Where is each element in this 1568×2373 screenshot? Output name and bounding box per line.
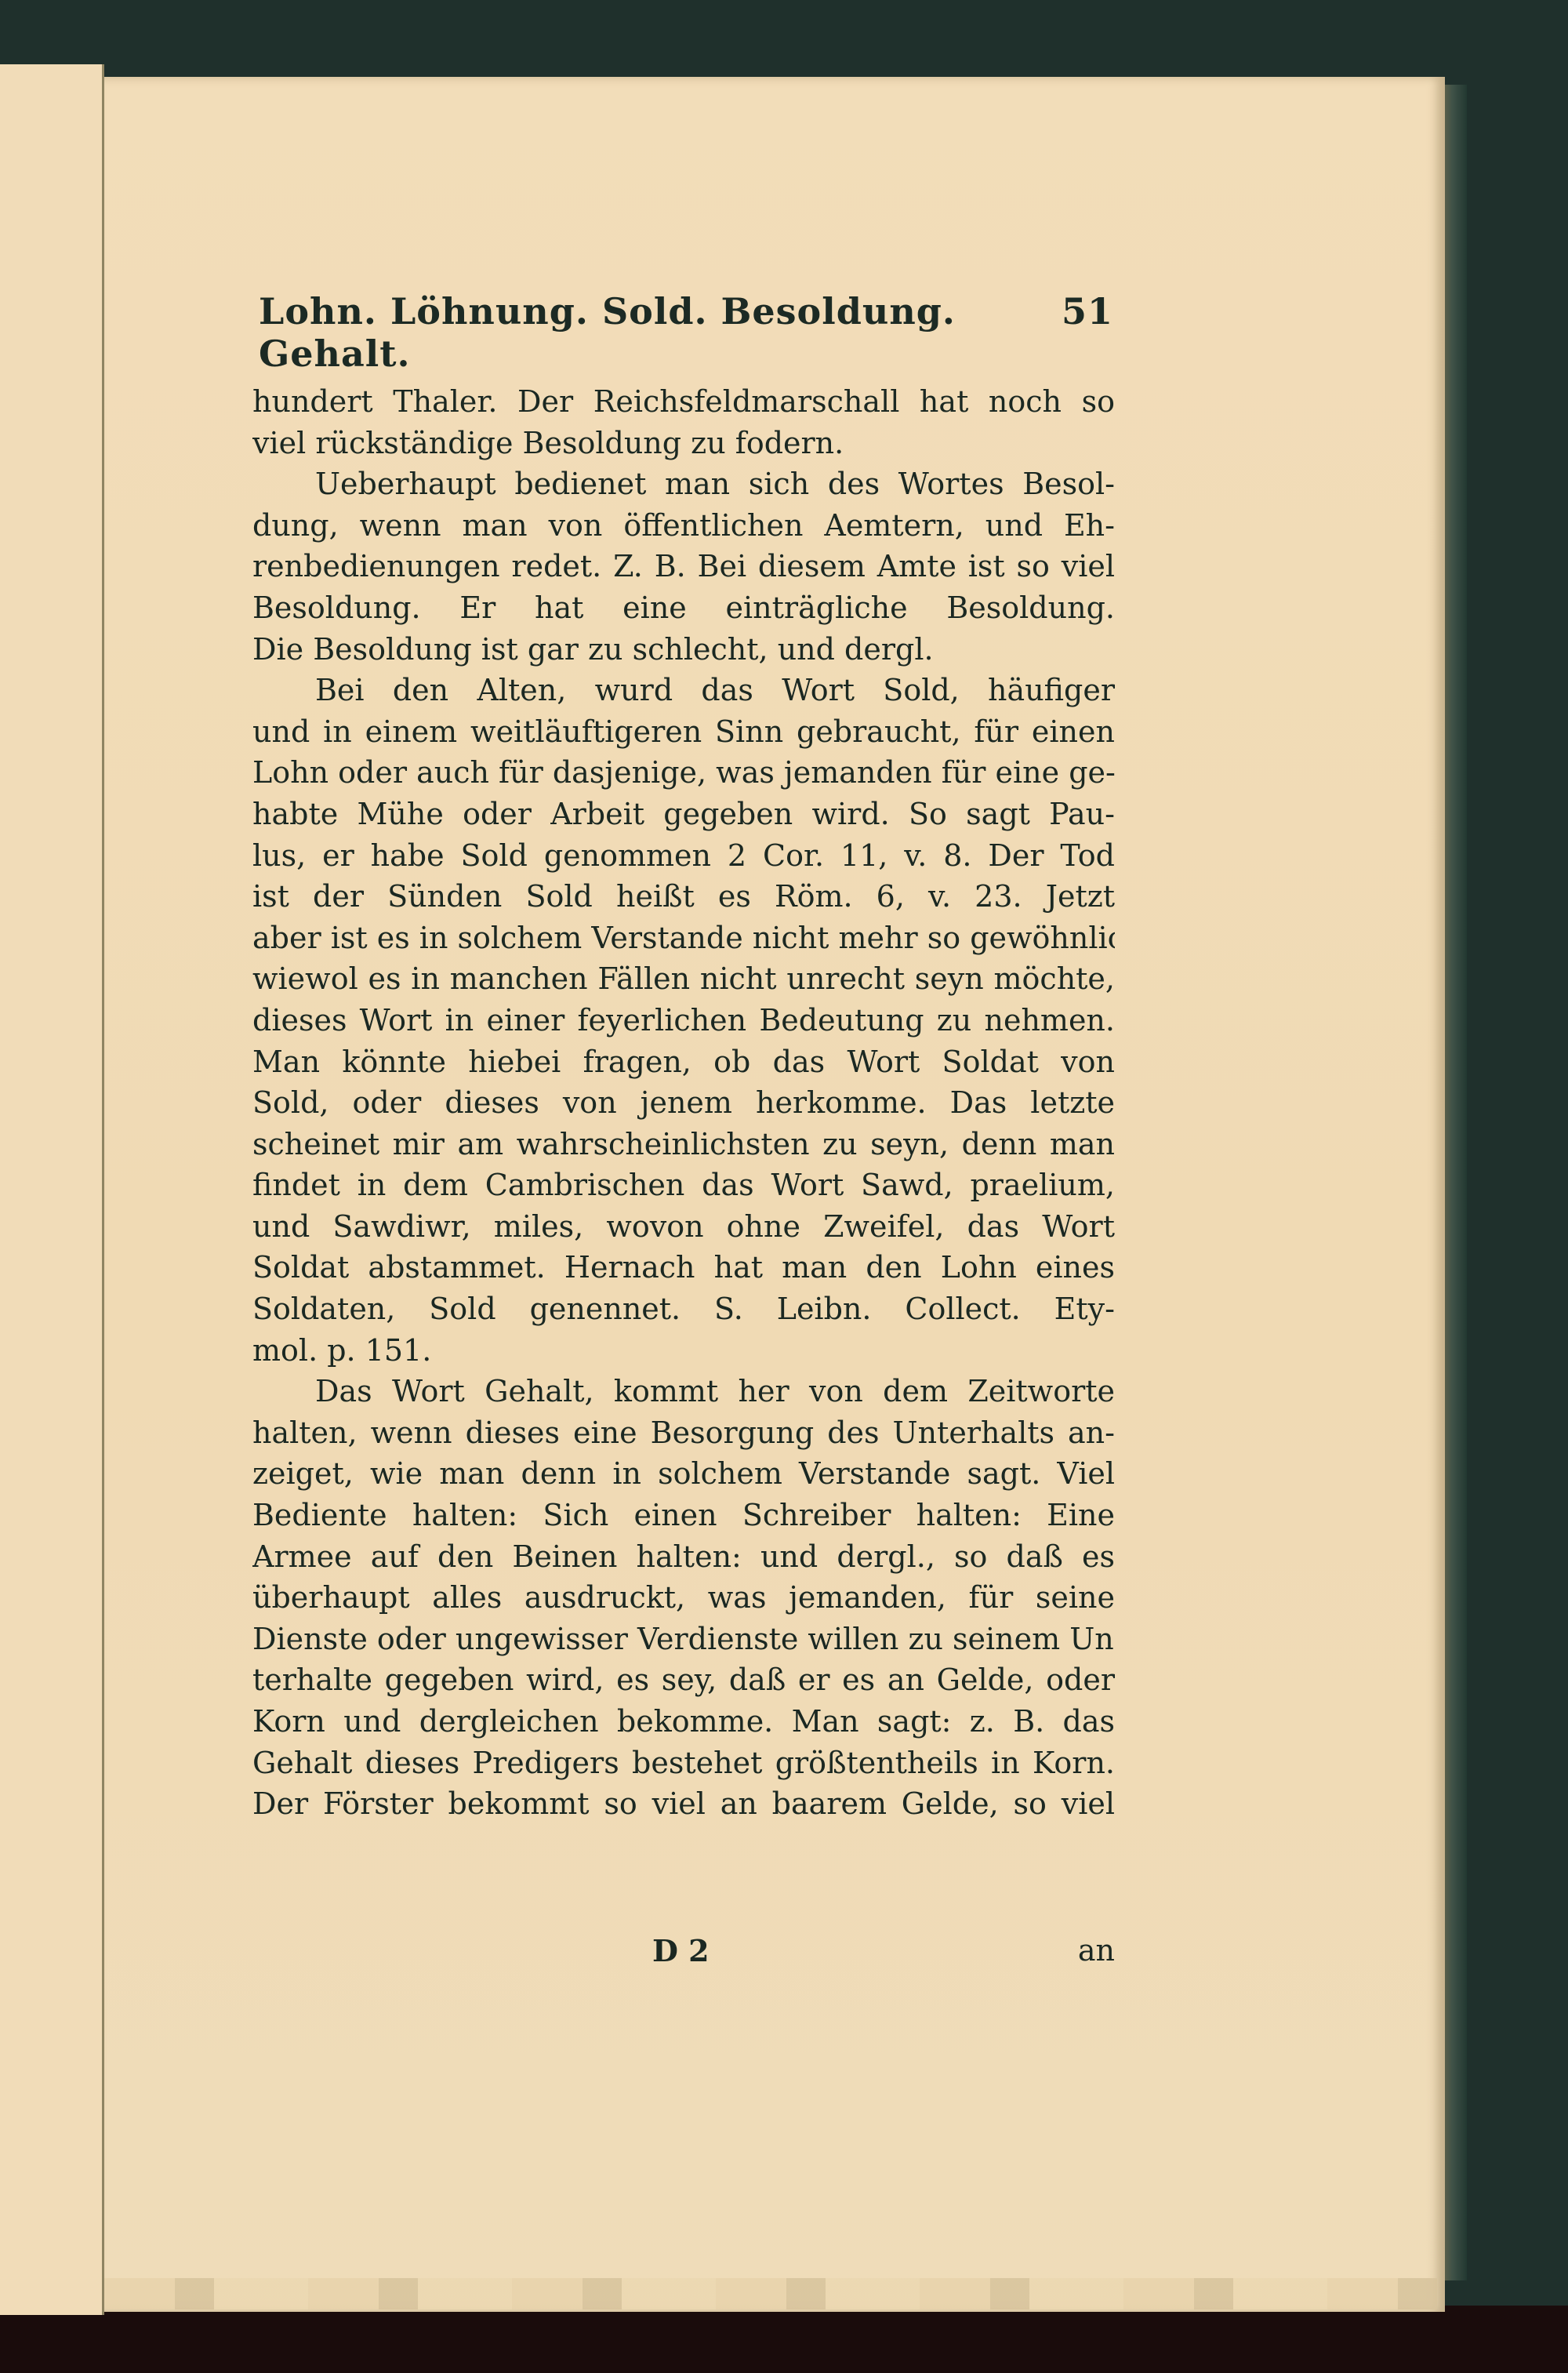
signature-mark: D 2 [652, 1933, 710, 1968]
text-line: Armee auf den Beinen halten: und dergl.,… [252, 1536, 1115, 1578]
text-line: Ueberhaupt bedienet man sich des Wortes … [252, 463, 1115, 505]
running-head: Lohn. Löhnung. Sold. Besoldung. Gehalt. [259, 290, 1062, 375]
catchword: an [1078, 1933, 1115, 1968]
text-line: Bediente halten: Sich einen Schreiber ha… [252, 1495, 1115, 1536]
text-line: findet in dem Cambrischen das Wort Sawd,… [252, 1165, 1115, 1206]
text-line: Dienste oder ungewisser Verdienste wille… [252, 1619, 1115, 1660]
text-line: Bei den Alten, wurd das Wort Sold, häufi… [252, 670, 1115, 711]
text-line: Soldat abstammet. Hernach hat man den Lo… [252, 1247, 1115, 1288]
text-line: Sold, oder dieses von jenem herkomme. Da… [252, 1082, 1115, 1124]
page-bottom-edge [104, 2278, 1437, 2309]
text-line: scheinet mir am wahrscheinlichsten zu se… [252, 1124, 1115, 1165]
text-line: dieses Wort in einer feyerlichen Bedeutu… [252, 1000, 1115, 1041]
text-line: ist der Sünden Sold heißt es Röm. 6, v. … [252, 876, 1115, 918]
text-line: halten, wenn dieses eine Besorgung des U… [252, 1412, 1115, 1454]
body-text: hundert Thaler. Der Reichsfeldmarschall … [252, 381, 1115, 1825]
text-line: dung, wenn man von öffentlichen Aemtern,… [252, 505, 1115, 547]
text-line: Das Wort Gehalt, kommt her von dem Zeitw… [252, 1371, 1115, 1412]
text-line: und in einem weitläuftigeren Sinn gebrau… [252, 711, 1115, 753]
text-line: und Sawdiwr, miles, wovon ohne Zweifel, … [252, 1206, 1115, 1248]
text-line: Lohn oder auch für dasjenige, was jemand… [252, 752, 1115, 794]
page-number: 51 [1062, 290, 1113, 333]
scan-background-bottom [0, 2306, 1568, 2373]
text-line: Gehalt dieses Predigers bestehet größten… [252, 1743, 1115, 1784]
text-line: Korn und dergleichen bekomme. Man sagt: … [252, 1701, 1115, 1743]
text-line: Soldaten, Sold genennet. S. Leibn. Colle… [252, 1288, 1115, 1330]
page-header: Lohn. Löhnung. Sold. Besoldung. Gehalt. … [259, 290, 1113, 345]
page-footer: D 2 an [252, 1933, 1115, 1980]
text-line: Die Besoldung ist gar zu schlecht, und d… [252, 629, 1115, 670]
text-line: aber ist es in solchem Verstande nicht m… [252, 918, 1115, 959]
text-line: habte Mühe oder Arbeit gegeben wird. So … [252, 794, 1115, 835]
text-line: terhalte gegeben wird, es sey, daß er es… [252, 1659, 1115, 1701]
text-line: lus, er habe Sold genommen 2 Cor. 11, v.… [252, 835, 1115, 877]
text-line: Besoldung. Er hat eine einträgliche Beso… [252, 587, 1115, 629]
text-line: viel rückständige Besoldung zu fodern. [252, 423, 1115, 464]
text-line: Der Förster bekommt so viel an baarem Ge… [252, 1783, 1115, 1825]
text-line: Man könnte hiebei fragen, ob das Wort So… [252, 1041, 1115, 1083]
previous-page-edge [0, 64, 104, 2315]
text-line: mol. p. 151. [252, 1330, 1115, 1372]
text-line: überhaupt alles ausdruckt, was jemanden,… [252, 1577, 1115, 1619]
text-line: renbedienungen redet. Z. B. Bei diesem A… [252, 546, 1115, 587]
text-line: hundert Thaler. Der Reichsfeldmarschall … [252, 381, 1115, 423]
text-line: zeiget, wie man denn in solchem Verstand… [252, 1453, 1115, 1495]
text-line: wiewol es in manchen Fällen nicht unrech… [252, 958, 1115, 1000]
